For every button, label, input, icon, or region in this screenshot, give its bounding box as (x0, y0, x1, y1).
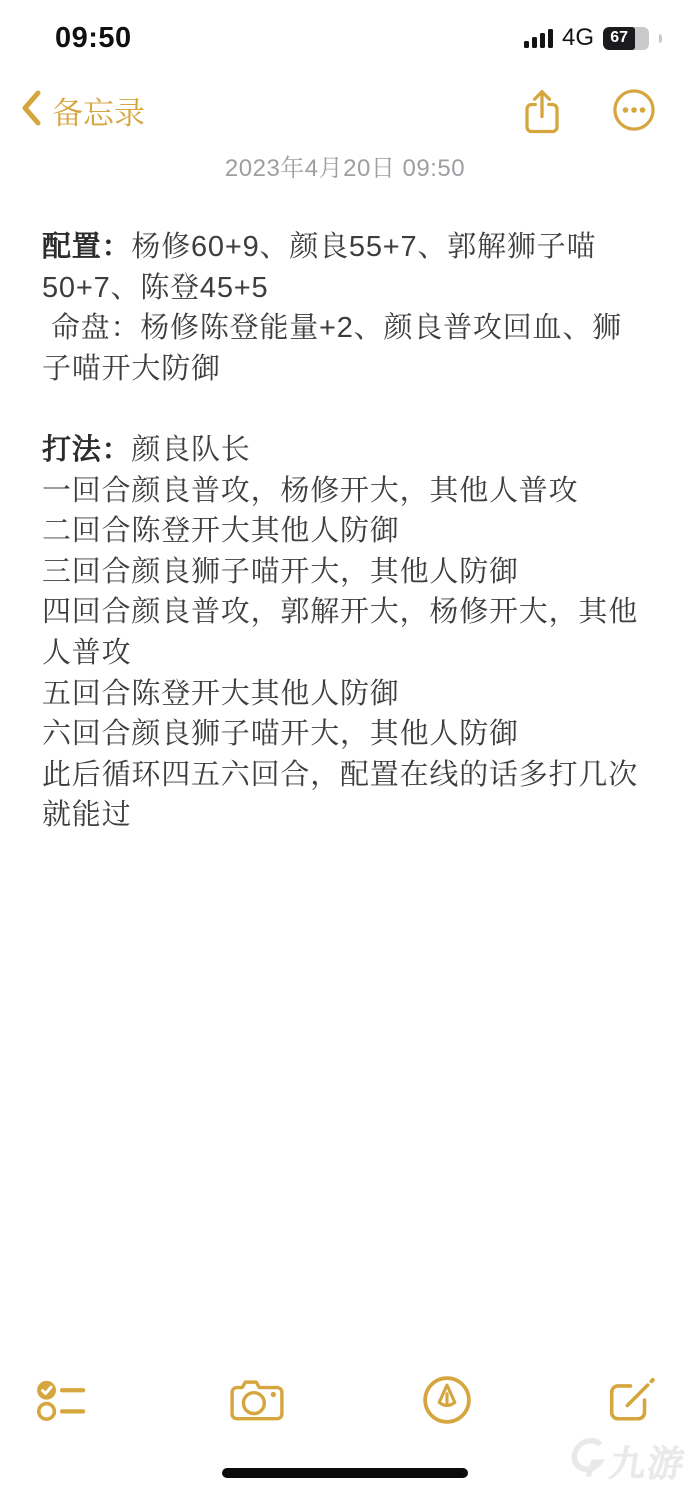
more-options-button[interactable] (612, 88, 656, 137)
compose-button[interactable] (602, 1372, 662, 1432)
watermark-label: 九游 (606, 1436, 689, 1487)
note-line: 四回合颜良普攻，郭解开大，杨修开大，其他 (42, 592, 652, 633)
status-right-cluster: 4G 67 (524, 24, 662, 52)
compose-icon (607, 1375, 657, 1430)
jiuyou-logo-icon (565, 1437, 612, 1486)
note-line: 三回合颜良狮子喵开大，其他人防御 (42, 552, 652, 593)
note-line: 此后循环四五六回合，配置在线的话多打几次 (42, 755, 652, 796)
checklist-button[interactable] (32, 1372, 92, 1432)
ellipsis-circle-icon (612, 119, 656, 136)
note-line: 50+7、陈登45+5 (42, 268, 652, 309)
note-line: 人普攻 (42, 633, 652, 674)
note-line: 配置：杨修60+9、颜良55+7、郭解狮子喵 (42, 227, 652, 268)
note-date: 2023年4月20日 09:50 (0, 148, 690, 183)
back-button-label: 备忘录 (52, 88, 145, 133)
nav-bar: 备忘录 (0, 82, 690, 140)
bottom-toolbar (0, 1372, 690, 1432)
battery-cap (659, 34, 662, 43)
checklist-icon (36, 1378, 88, 1427)
home-indicator[interactable] (222, 1468, 468, 1478)
note-line: 六回合颜良狮子喵开大，其他人防御 (42, 714, 652, 755)
note-line (42, 389, 652, 430)
jiuyou-watermark: 九游 (564, 1436, 689, 1487)
note-line: 命盘：杨修陈登能量+2、颜良普攻回血、狮 (42, 308, 652, 349)
note-line: 子喵开大防御 (42, 349, 652, 390)
status-bar: 09:50 4G 67 (0, 0, 690, 70)
notes-app-screen: 09:50 4G 67 备忘录 (0, 0, 690, 1493)
note-line-bold-prefix: 配置： (42, 231, 131, 263)
camera-button[interactable] (227, 1372, 287, 1432)
markup-pen-icon (422, 1375, 472, 1430)
note-line: 五回合陈登开大其他人防御 (42, 674, 652, 715)
battery-percent-label: 67 (603, 27, 635, 50)
note-line: 打法：颜良队长 (42, 430, 652, 471)
share-button[interactable] (521, 88, 563, 141)
note-line-bold-prefix: 打法： (42, 434, 131, 466)
markup-button[interactable] (417, 1372, 477, 1432)
network-type-label: 4G (562, 24, 594, 52)
note-line: 一回合颜良普攻，杨修开大，其他人普攻 (42, 471, 652, 512)
note-body[interactable]: 配置：杨修60+9、颜良55+7、郭解狮子喵50+7、陈登45+5 命盘：杨修陈… (42, 227, 652, 836)
status-time: 09:50 (55, 22, 132, 55)
note-line: 就能过 (42, 795, 652, 836)
battery-icon: 67 (603, 27, 649, 50)
chevron-left-icon (20, 90, 42, 131)
back-button[interactable]: 备忘录 (20, 88, 145, 133)
note-line: 二回合陈登开大其他人防御 (42, 511, 652, 552)
share-icon (521, 123, 563, 140)
cellular-signal-icon (524, 28, 553, 48)
camera-icon (229, 1377, 285, 1428)
